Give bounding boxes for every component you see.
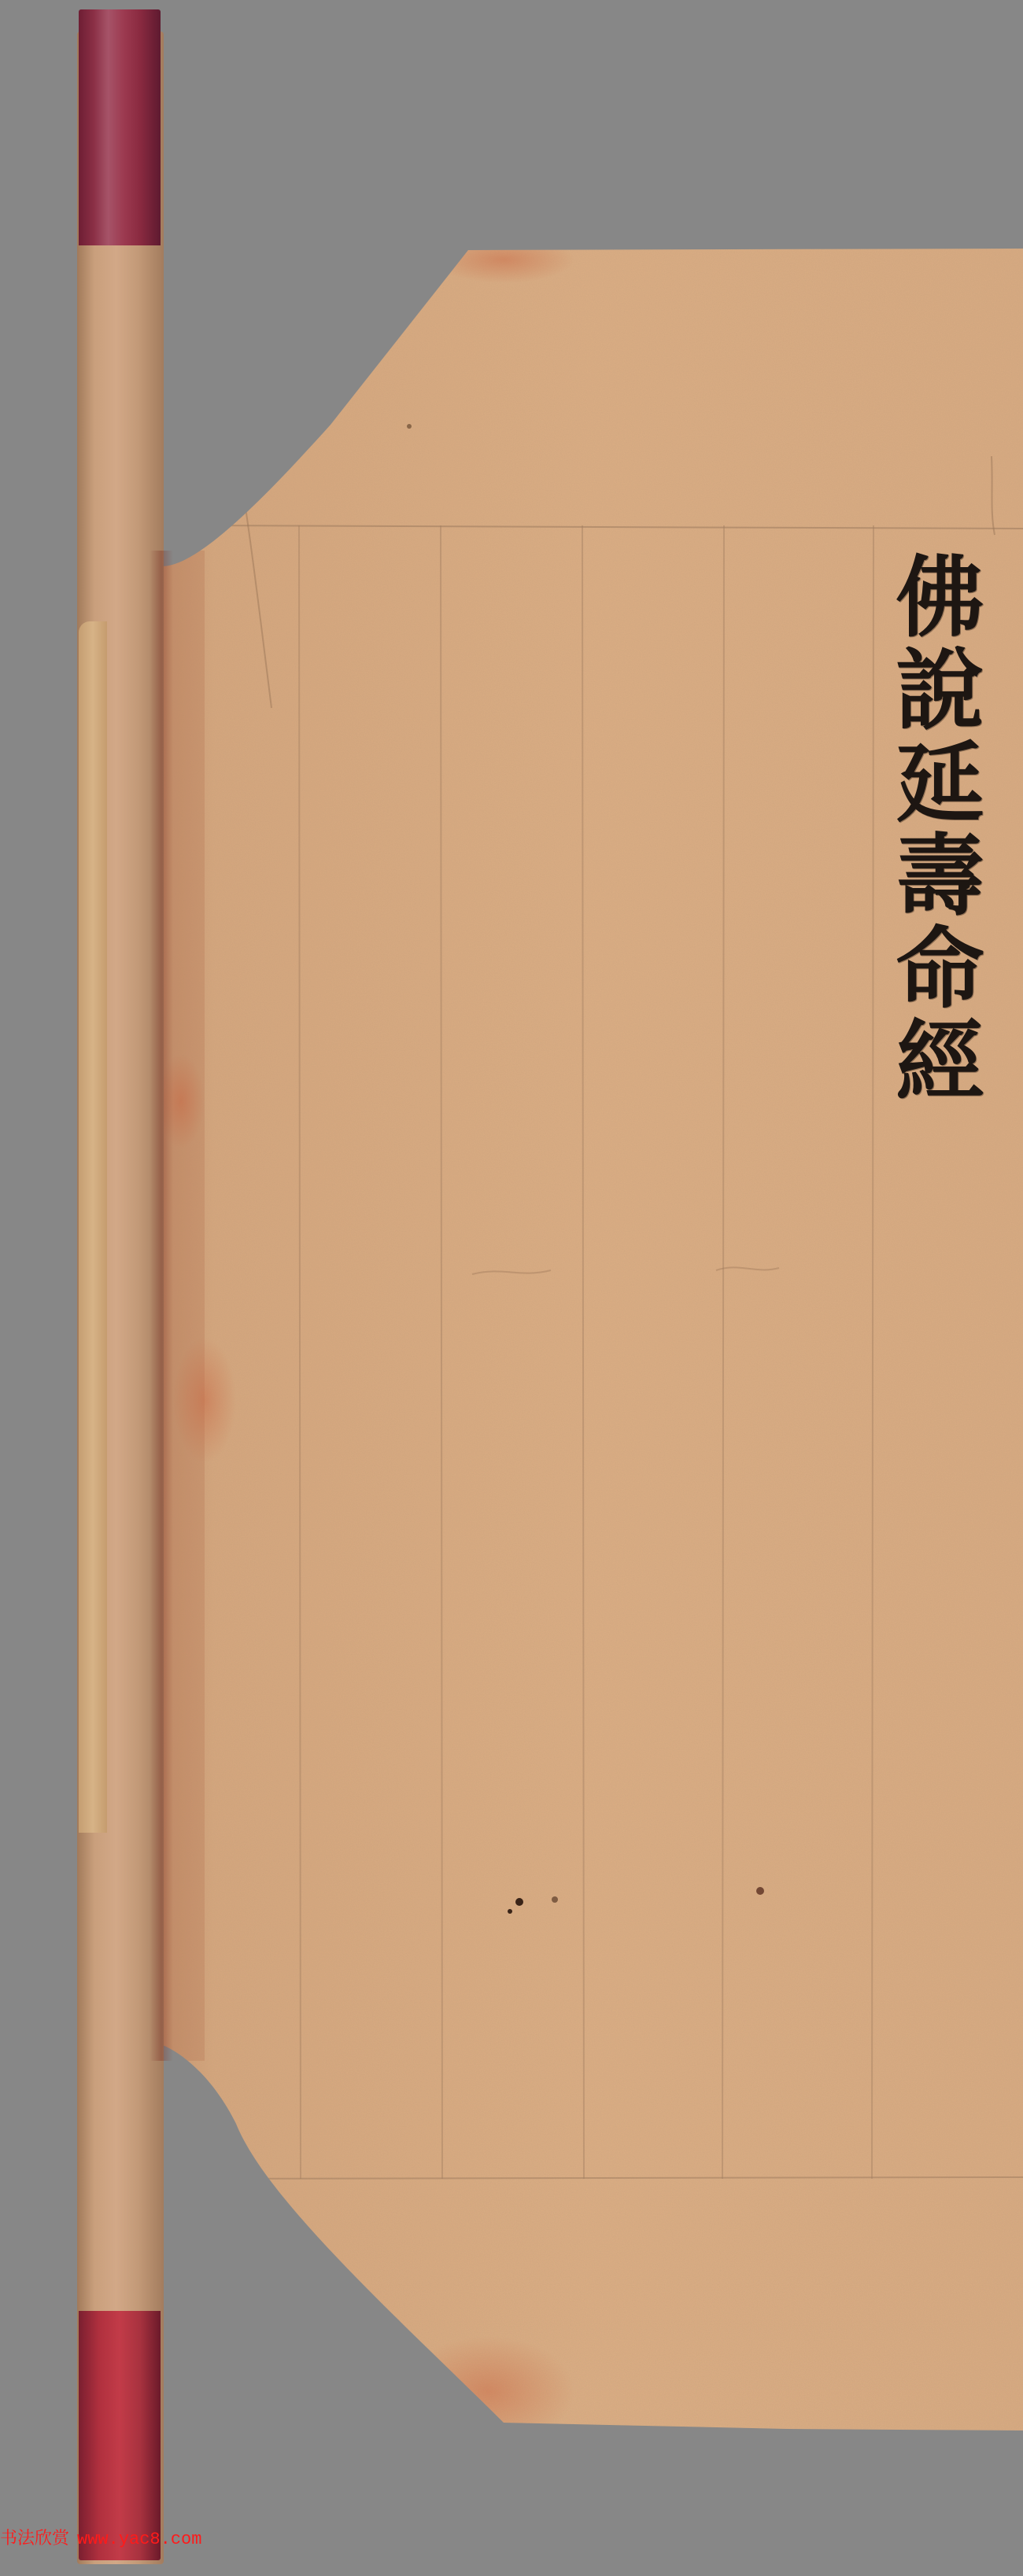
rod-gold-strip	[79, 621, 107, 1833]
rod-cap-bottom	[79, 2311, 161, 2560]
scroll-title-calligraphy: 佛說延壽命經	[873, 551, 992, 1107]
rod-cap-top	[79, 9, 161, 245]
watermark-label: 书法欣赏	[0, 2529, 69, 2548]
scroll-artwork	[0, 0, 1023, 2576]
watermark-url[interactable]: www.yac8.com	[77, 2530, 201, 2549]
rod-seam-shadow	[150, 551, 173, 2061]
watermark: 书法欣赏www.yac8.com	[0, 2530, 201, 2549]
